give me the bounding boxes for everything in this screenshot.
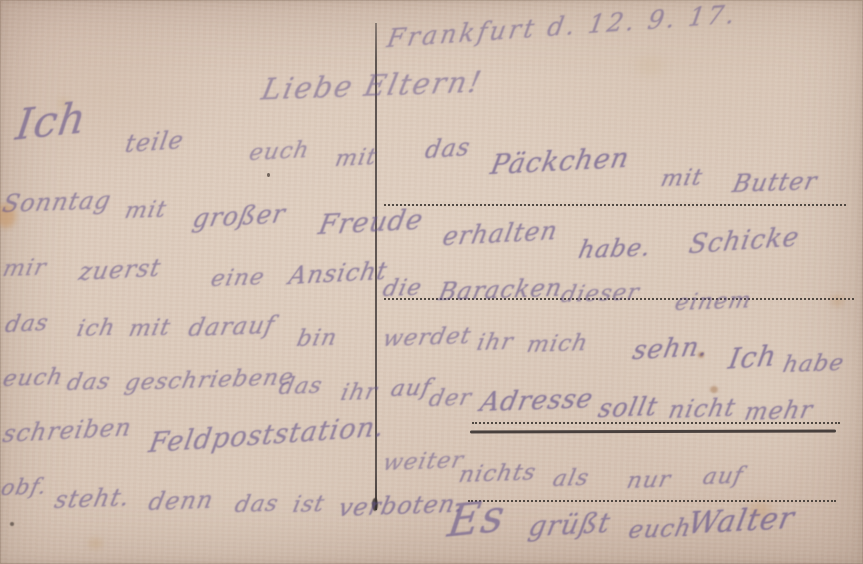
handwritten-word: ich xyxy=(74,315,118,343)
handwritten-word: habe. xyxy=(576,233,654,264)
handwritten-word: verboten. xyxy=(336,490,467,523)
foxing-spot xyxy=(88,538,103,549)
handwritten-word: sollt xyxy=(596,392,661,423)
handwritten-word: das xyxy=(64,368,113,396)
handwritten-word: teile xyxy=(123,126,186,158)
handwritten-word: einem xyxy=(672,287,754,316)
handwritten-word: mit xyxy=(126,315,173,343)
foxing-spot xyxy=(748,502,772,519)
hand-drawn-underline xyxy=(470,430,836,433)
ink-speck xyxy=(267,173,270,177)
postcard-back: Frankfurt d. 12. 9. 17.Liebe Eltern!Icht… xyxy=(0,0,863,564)
ink-speck xyxy=(10,522,14,526)
address-dotted-line-3 xyxy=(472,422,840,424)
handwritten-word: mit xyxy=(658,165,705,193)
handwritten-word: sehn. xyxy=(630,332,711,366)
foxing-spot xyxy=(831,294,844,307)
foxing-spot xyxy=(710,386,718,393)
handwritten-word: obf. xyxy=(0,474,50,501)
handwritten-word: Frankfurt d. 12. 9. 17. xyxy=(385,0,740,53)
handwritten-word: Schicke xyxy=(687,222,802,260)
handwritten-word: Ich xyxy=(726,339,780,376)
handwritten-word: als xyxy=(550,465,591,492)
foxing-spot xyxy=(0,204,16,228)
handwritten-word: mit xyxy=(122,197,169,225)
handwritten-word: darauf xyxy=(186,311,278,342)
handwritten-word: Baracken xyxy=(436,274,565,307)
handwritten-word: schreiben xyxy=(0,413,134,448)
handwritten-word: mich xyxy=(524,330,590,358)
handwritten-word: mit xyxy=(333,144,379,172)
handwritten-word: Walter xyxy=(685,500,798,541)
handwritten-word: ist xyxy=(290,491,327,518)
handwritten-word: auf xyxy=(700,463,746,491)
handwritten-word: Feldpoststation. xyxy=(146,412,387,460)
handwritten-word: ihr xyxy=(338,379,380,406)
foxing-spot xyxy=(698,352,704,358)
foxing-spot xyxy=(58,98,69,109)
handwritten-word: Päckchen xyxy=(488,143,632,182)
address-dotted-line-1 xyxy=(384,204,846,206)
foxing-spot xyxy=(636,56,664,75)
handwritten-word: das xyxy=(276,372,325,400)
handwritten-word: euch xyxy=(626,514,695,544)
handwritten-word: nichts xyxy=(456,459,538,488)
center-divider-line xyxy=(375,23,377,510)
address-dotted-line-2 xyxy=(384,298,854,300)
handwritten-word: ihr xyxy=(474,329,516,356)
handwritten-word: eine xyxy=(208,264,267,292)
handwritten-word: Es xyxy=(445,490,509,548)
handwritten-word: steht. xyxy=(52,483,133,514)
handwritten-word: euch xyxy=(247,137,312,166)
handwritten-word: großer xyxy=(190,199,288,233)
handwritten-word: bin xyxy=(294,325,339,353)
divider-ink-blot xyxy=(372,498,378,511)
handwritten-word: geschriebene xyxy=(122,364,296,396)
handwritten-word: habe xyxy=(780,350,846,378)
handwritten-word: mehr xyxy=(742,396,816,427)
handwritten-word: auf xyxy=(388,375,434,403)
handwritten-word: Adresse xyxy=(478,384,597,418)
handwritten-word: das xyxy=(3,310,51,339)
handwritten-word: das xyxy=(232,490,281,518)
handwritten-word: nicht xyxy=(666,394,739,425)
handwritten-word: erhalten xyxy=(440,216,560,251)
handwritten-word: nur xyxy=(624,466,673,494)
handwritten-word: Liebe Eltern! xyxy=(259,64,486,106)
address-dotted-line-4 xyxy=(468,500,836,502)
handwritten-word: Sonntag xyxy=(0,186,114,218)
handwritten-word: euch xyxy=(0,364,66,392)
handwritten-word: weiter xyxy=(380,447,466,476)
paper-texture xyxy=(0,0,863,564)
handwritten-word: Butter xyxy=(730,167,820,198)
handwritten-word: denn xyxy=(146,486,216,516)
handwritten-word: Ansicht xyxy=(286,257,390,290)
handwritten-word: Ich xyxy=(13,93,90,150)
handwritten-word: werdet xyxy=(380,323,473,352)
handwritten-word: grüßt xyxy=(526,508,613,544)
handwriting-layer: Frankfurt d. 12. 9. 17.Liebe Eltern!Icht… xyxy=(0,0,863,564)
handwritten-word: Freude xyxy=(316,205,426,242)
handwritten-word: mir xyxy=(0,254,49,282)
handwritten-word: dieser xyxy=(558,279,642,308)
handwritten-word: das xyxy=(423,133,473,165)
handwritten-word: zuerst xyxy=(76,254,163,287)
handwritten-word: der xyxy=(426,385,474,413)
handwritten-word: die xyxy=(380,275,424,303)
